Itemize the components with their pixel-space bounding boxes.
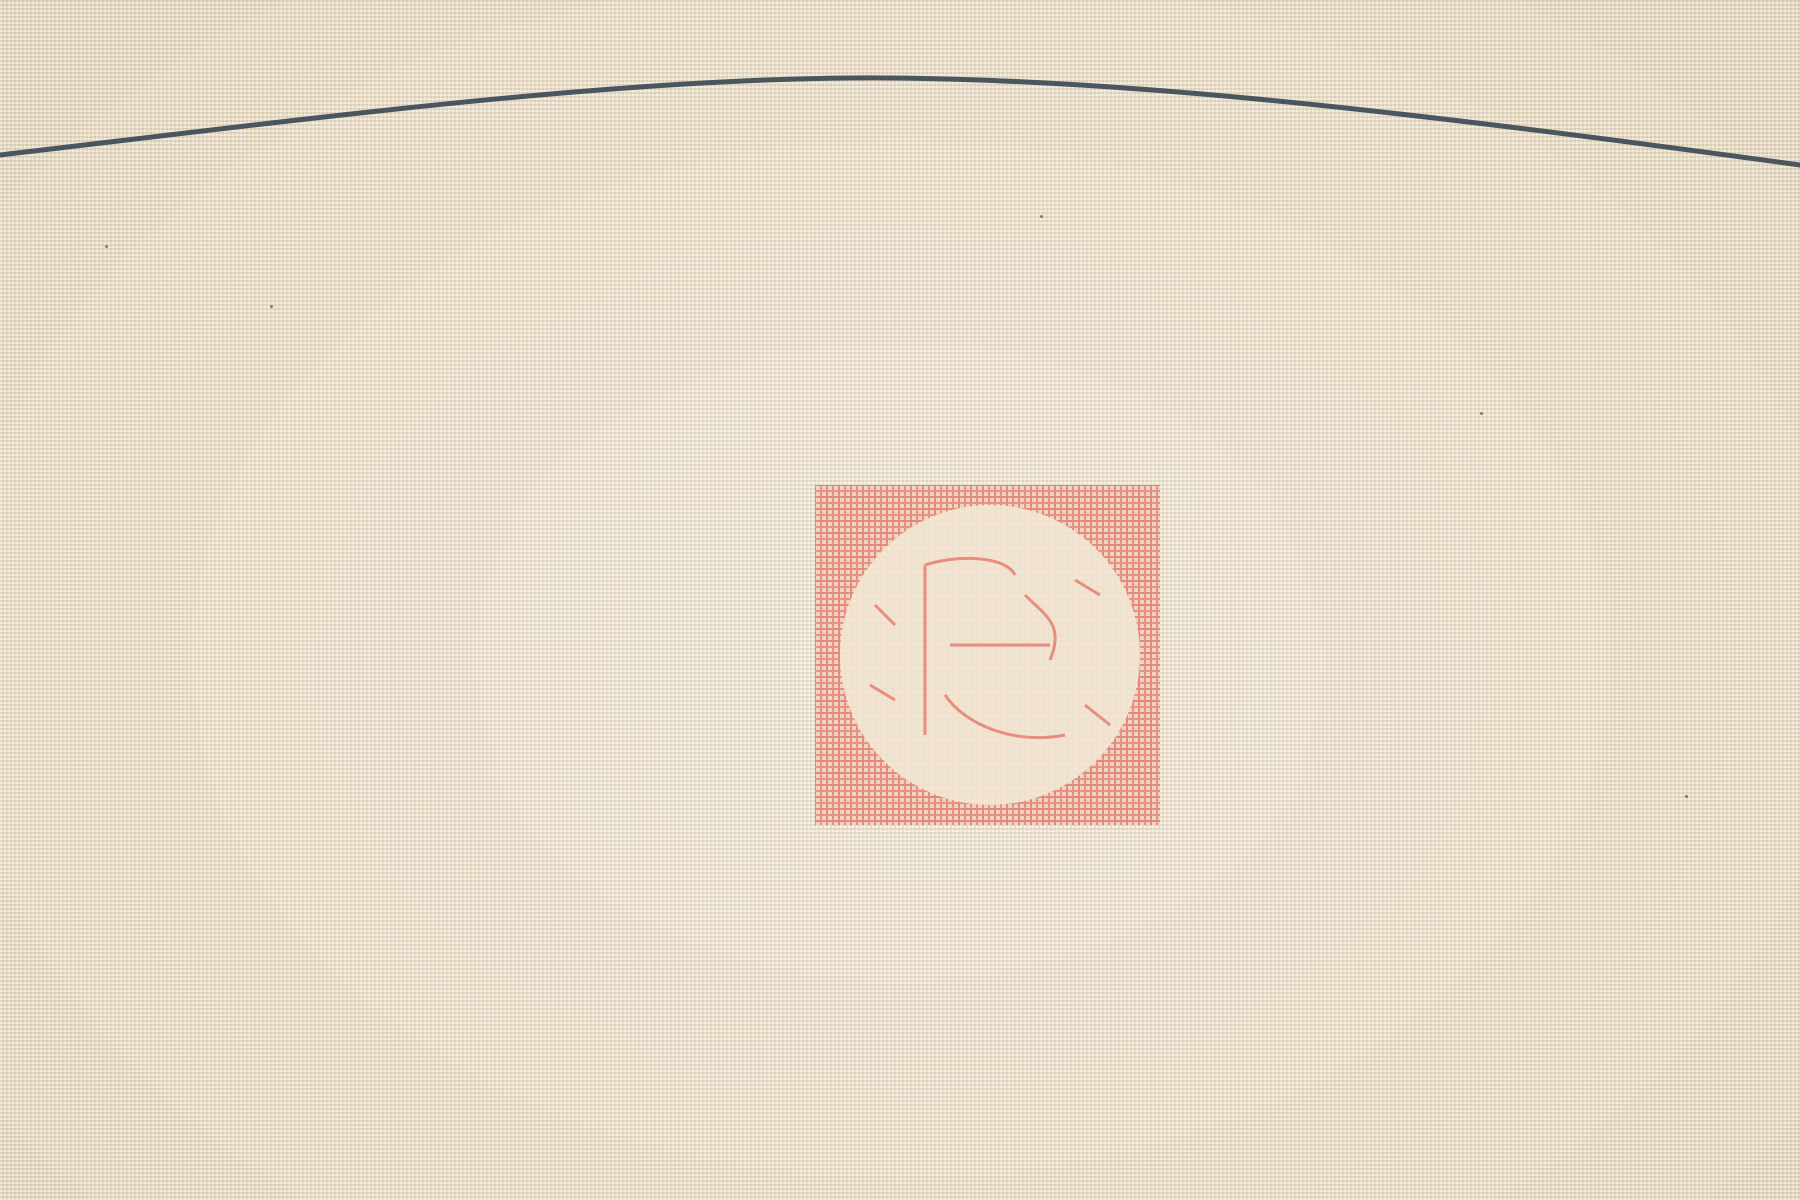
fabric-speck xyxy=(1685,795,1688,798)
fabric-speck xyxy=(1480,412,1483,415)
fabric-speck xyxy=(105,245,108,248)
grey-thread xyxy=(0,0,1800,260)
fabric-speck xyxy=(1040,215,1043,218)
fabric-speck xyxy=(270,305,273,308)
red-seal-stamp xyxy=(815,485,1160,825)
